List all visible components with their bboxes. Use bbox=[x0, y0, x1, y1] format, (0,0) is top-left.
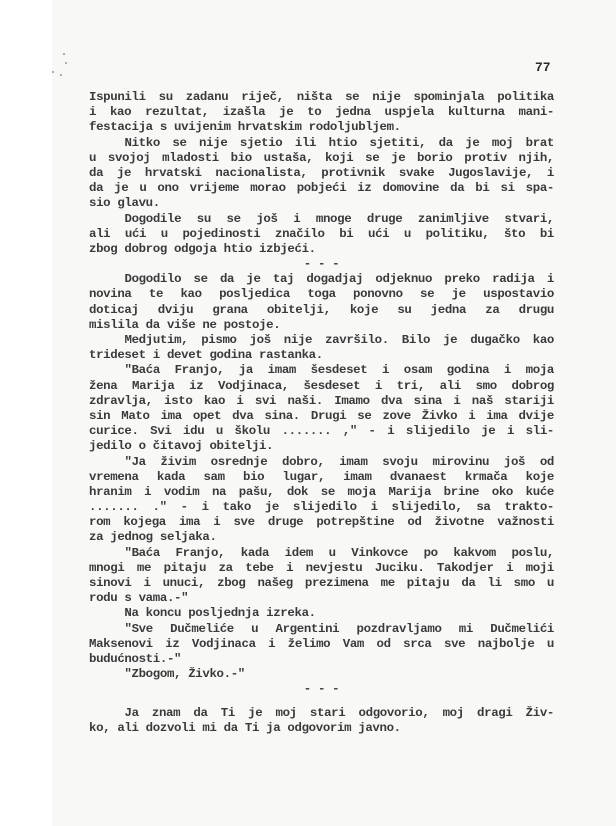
text-line: mislila da više ne postoje. bbox=[89, 318, 554, 333]
text-line: festacija s uvijenim hrvatskim rodoljubl… bbox=[89, 120, 554, 135]
text-line: Nitko se nije sjetio ili htio sjetiti, d… bbox=[89, 136, 554, 151]
text-line: trideset i devet godina rastanka. bbox=[89, 348, 554, 363]
text-line: budućnosti.-" bbox=[89, 652, 554, 667]
text-line: žena Marija iz Vodjinaca, šesdeset i tri… bbox=[89, 379, 554, 394]
text-line: doticaj dviju grana obitelji, koje su je… bbox=[89, 303, 554, 318]
text-line: i kao rezultat, izašla je to jedna uspje… bbox=[89, 105, 554, 120]
text-line: zdravlja, isto kao i svi naši. Imamo dva… bbox=[89, 394, 554, 409]
text-line: hranim i vodim na pašu, dok se moja Mari… bbox=[89, 485, 554, 500]
text-line: Dogodile su se još i mnoge druge zanimlj… bbox=[89, 212, 554, 227]
text-line: "Sve Dučmeliće u Argentini pozdravljamo … bbox=[89, 622, 554, 637]
text-line: Medjutim, pismo još nije završilo. Bilo … bbox=[89, 333, 554, 348]
speck bbox=[52, 71, 54, 73]
speck bbox=[60, 74, 62, 76]
text-line: Dogodilo se da je taj dogadjaj odjeknuo … bbox=[89, 272, 554, 287]
text-line: rodu s vama.-" bbox=[89, 591, 554, 606]
paragraph: Na koncu posljednja izreka. bbox=[89, 606, 554, 621]
text-line: Ja znam da Ti je moj stari odgovorio, mo… bbox=[89, 706, 554, 721]
paragraph: Medjutim, pismo još nije završilo. Bilo … bbox=[89, 333, 554, 363]
speck bbox=[63, 53, 65, 55]
paragraph: "Baća Franjo, ja imam šesdeset i osam go… bbox=[89, 363, 554, 454]
text-line: "Baća Franjo, ja imam šesdeset i osam go… bbox=[89, 363, 554, 378]
text-line: rom kojega ima i sve druge potrepštine o… bbox=[89, 515, 554, 530]
text-line: mnogi me pitaju za tebe i nevjestu Jucik… bbox=[89, 561, 554, 576]
text-line: u svojoj mladosti bio ustaša, koji se je… bbox=[89, 151, 554, 166]
text-line: za jednog seljaka. bbox=[89, 530, 554, 545]
text-line: "Ja živim osrednje dobro, imam svoju mir… bbox=[89, 455, 554, 470]
paragraph: Dogodilo se da je taj dogadjaj odjeknuo … bbox=[89, 272, 554, 333]
paragraph: Ispunili su zadanu riječ, ništa se nije … bbox=[89, 90, 554, 136]
section-separator: - - - bbox=[89, 682, 554, 697]
paragraph: Nitko se nije sjetio ili htio sjetiti, d… bbox=[89, 136, 554, 212]
text-line: ko, ali dozvoli mi da Ti ja odgovorim ja… bbox=[89, 721, 554, 736]
section-separator: - - - bbox=[89, 257, 554, 272]
text-line: Ispunili su zadanu riječ, ništa se nije … bbox=[89, 90, 554, 105]
scan-specks bbox=[50, 50, 70, 80]
text-line: sin Mato ima opet dva sina. Drugi se zov… bbox=[89, 409, 554, 424]
page-number: 77 bbox=[535, 60, 551, 75]
text-line: Na koncu posljednja izreka. bbox=[89, 606, 554, 621]
spacer bbox=[89, 698, 554, 706]
text-line: sinovi i unuci, zbog našeg prezimena me … bbox=[89, 576, 554, 591]
body-text: Ispunili su zadanu riječ, ništa se nije … bbox=[89, 90, 554, 736]
text-line: sio glavu. bbox=[89, 196, 554, 211]
paragraph: "Zbogom, Živko.-" bbox=[89, 667, 554, 682]
text-line: "Baća Franjo, kada idem u Vinkovce po ka… bbox=[89, 546, 554, 561]
paragraph: "Baća Franjo, kada idem u Vinkovce po ka… bbox=[89, 546, 554, 607]
text-line: "Zbogom, Živko.-" bbox=[89, 667, 554, 682]
speck bbox=[65, 62, 67, 64]
paragraph: Dogodile su se još i mnoge druge zanimlj… bbox=[89, 212, 554, 258]
text-line: curice. Svi idu u školu ....... ," - i s… bbox=[89, 424, 554, 439]
text-line: ali ući u pojedinosti značilo bi ući u p… bbox=[89, 227, 554, 242]
paragraph: "Ja živim osrednje dobro, imam svoju mir… bbox=[89, 455, 554, 546]
text-line: zbog dobrog odgoja htio izbjeći. bbox=[89, 242, 554, 257]
paragraph: "Sve Dučmeliće u Argentini pozdravljamo … bbox=[89, 622, 554, 668]
text-line: da je hrvatski nacionalista, protivnik s… bbox=[89, 166, 554, 181]
text-line: vremena kada sam bio lugar, imam dvanaes… bbox=[89, 470, 554, 485]
text-line: novina te kao posljedica toga ponovno se… bbox=[89, 287, 554, 302]
paragraph: Ja znam da Ti je moj stari odgovorio, mo… bbox=[89, 706, 554, 736]
text-line: jedilo o čitavoj obitelji. bbox=[89, 439, 554, 454]
text-line: ....... ." - i tako je slijedilo i slije… bbox=[89, 500, 554, 515]
text-line: da je u ono vrijeme morao pobjeći iz dom… bbox=[89, 181, 554, 196]
text-line: Maksenovi iz Vodjinaca i želimo Vam od s… bbox=[89, 637, 554, 652]
